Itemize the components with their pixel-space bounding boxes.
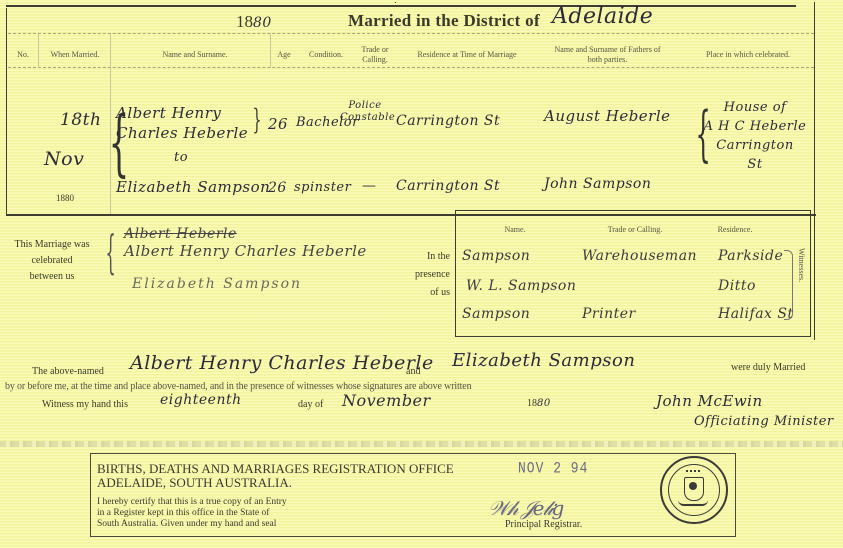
duly-married-label: were duly Married	[731, 362, 805, 373]
top-rule	[6, 5, 796, 7]
bride-signature: Elizabeth Sampson	[132, 276, 302, 292]
place-celebrated: House of A H C Heberle Carrington St	[700, 98, 810, 174]
col-condition: Condition.	[300, 50, 352, 60]
place-line4: St	[700, 155, 810, 174]
district-name: Adelaide	[552, 4, 653, 29]
witness-trade: Printer	[582, 306, 636, 322]
bride-father: John Sampson	[544, 176, 651, 192]
col-fathers-line2: both parties.	[540, 55, 675, 65]
witness-right-border	[814, 215, 815, 340]
groom-name: Albert Henry Charles Heberle	[116, 103, 248, 143]
bride-name: Elizabeth Sampson	[116, 178, 270, 196]
groom-signature: Albert Henry Charles Heberle	[124, 242, 367, 260]
register-year: 1880	[236, 12, 272, 32]
office-heading: BIRTHS, DEATHS AND MARRIAGES REGISTRATIO…	[97, 462, 454, 490]
witnesses-side-label: Witnesses.	[797, 248, 806, 282]
page-join-stripe	[0, 441, 843, 447]
declaration-and: and	[406, 366, 420, 377]
declaration-bride: Elizabeth Sampson	[452, 350, 635, 371]
year-handwritten: 80	[253, 15, 272, 31]
witness-col-name: Name.	[485, 225, 545, 235]
col-fathers: Name and Surname of Fathers of both part…	[540, 45, 675, 65]
district-heading: Married in the District of	[348, 11, 540, 31]
declaration-month: November	[342, 391, 431, 410]
registrar-signature-icon: 𝒲𝒽 𝒥𝑒𝓁𝒾𝑔	[488, 496, 562, 520]
groom-age: 26	[268, 115, 288, 133]
office-line1: BIRTHS, DEATHS AND MARRIAGES REGISTRATIO…	[97, 462, 454, 476]
col-age: Age	[270, 50, 298, 60]
celebrated-label-line1: This Marriage was	[4, 237, 100, 253]
office-line2: ADELAIDE, SOUTH AUSTRALIA.	[97, 476, 454, 490]
witness-col-residence: Residence.	[705, 225, 765, 235]
col-trade: Trade or Calling.	[350, 45, 400, 65]
col-residence: Residence at Time of Marriage	[402, 50, 532, 60]
col-place: Place in which celebrated.	[688, 50, 808, 60]
minister-title: Officiating Minister	[694, 414, 834, 429]
header-divider	[8, 33, 814, 34]
bride-age: 26	[268, 180, 287, 196]
above-named-label: The above-named	[32, 366, 104, 377]
cert-text-line2: in a Register kept in this office in the…	[97, 508, 287, 519]
entry-year: 1880	[56, 193, 74, 203]
groom-trade-line1: Police	[340, 100, 390, 112]
witness-trade: Warehouseman	[582, 248, 697, 264]
declaration-year-handwritten: 80	[537, 398, 551, 409]
declaration-groom: Albert Henry Charles Heberle	[130, 352, 434, 374]
place-line2: A H C Heberle	[700, 117, 810, 136]
official-seal-icon	[660, 456, 728, 524]
groom-trade-line2: Constable	[340, 112, 390, 124]
col-trade-line2: Calling.	[350, 55, 400, 65]
right-brace-icon: }	[252, 106, 261, 134]
place-line1: House of	[700, 98, 810, 117]
day-of-label: day of	[298, 399, 323, 410]
col-fathers-line1: Name and Surname of Fathers of	[540, 45, 675, 55]
celebrated-label-line3: between us	[4, 269, 100, 285]
table-left-border	[6, 8, 7, 216]
groom-name-line2: Charles Heberle	[116, 123, 248, 143]
witness-name: W. L. Sampson	[466, 278, 576, 294]
col-sep	[270, 34, 271, 68]
presence-line3: of us	[406, 284, 450, 302]
witness-col-trade: Trade or Calling.	[590, 225, 680, 235]
celebrated-label: This Marriage was celebrated between us	[4, 237, 100, 285]
connector-to: to	[174, 150, 188, 165]
witness-name: Sampson	[462, 248, 530, 264]
col-sep	[38, 34, 39, 68]
bride-trade: —	[362, 178, 377, 194]
presence-label: In the presence of us	[406, 248, 450, 302]
signature-struck: Albert Heberle	[124, 226, 237, 242]
witness-residence: Ditto	[718, 278, 756, 294]
col-no: No.	[12, 50, 34, 60]
celebrated-label-line2: celebrated	[4, 253, 100, 269]
cert-text-line3: South Australia. Given under my hand and…	[97, 519, 287, 530]
date-stamp: NOV 2 94	[518, 460, 588, 478]
groom-name-line1: Albert Henry	[116, 103, 248, 123]
year-printed: 18	[236, 12, 253, 31]
decor	[395, 2, 396, 3]
groom-father: August Heberle	[544, 107, 671, 125]
entry-month: Nov	[44, 148, 84, 170]
declaration-day: eighteenth	[160, 392, 242, 408]
presence-line1: In the	[406, 248, 450, 266]
col-name: Name and Surname.	[130, 50, 260, 60]
minister-signature: John McEwin	[656, 392, 763, 410]
certification-text: I hereby certify that this is a true cop…	[97, 497, 287, 530]
celebrated-brace-icon: {	[106, 229, 116, 275]
witness-name: Sampson	[462, 306, 530, 322]
declaration-year: 1880	[527, 398, 551, 409]
groom-residence: Carrington St	[396, 113, 500, 129]
registrar-title: Principal Registrar.	[505, 519, 582, 530]
bride-residence: Carrington St	[396, 178, 500, 194]
col-when-married: When Married.	[40, 50, 110, 60]
witness-hand-label: Witness my hand this	[42, 399, 128, 410]
witness-residence: Parkside	[718, 248, 783, 264]
bride-condition: spinster	[294, 180, 351, 195]
presence-line2: presence	[406, 266, 450, 284]
groom-trade: Police Constable	[340, 100, 390, 124]
header-bottom-divider	[8, 67, 814, 68]
table-right-border	[814, 2, 815, 215]
place-line3: Carrington	[700, 136, 810, 155]
entry-day: 18th	[60, 110, 101, 130]
col-trade-line1: Trade or	[350, 45, 400, 55]
cert-text-line1: I hereby certify that this is a true cop…	[97, 497, 287, 508]
declaration-year-printed: 18	[527, 398, 537, 409]
witness-residence: Halifax St	[718, 306, 794, 322]
